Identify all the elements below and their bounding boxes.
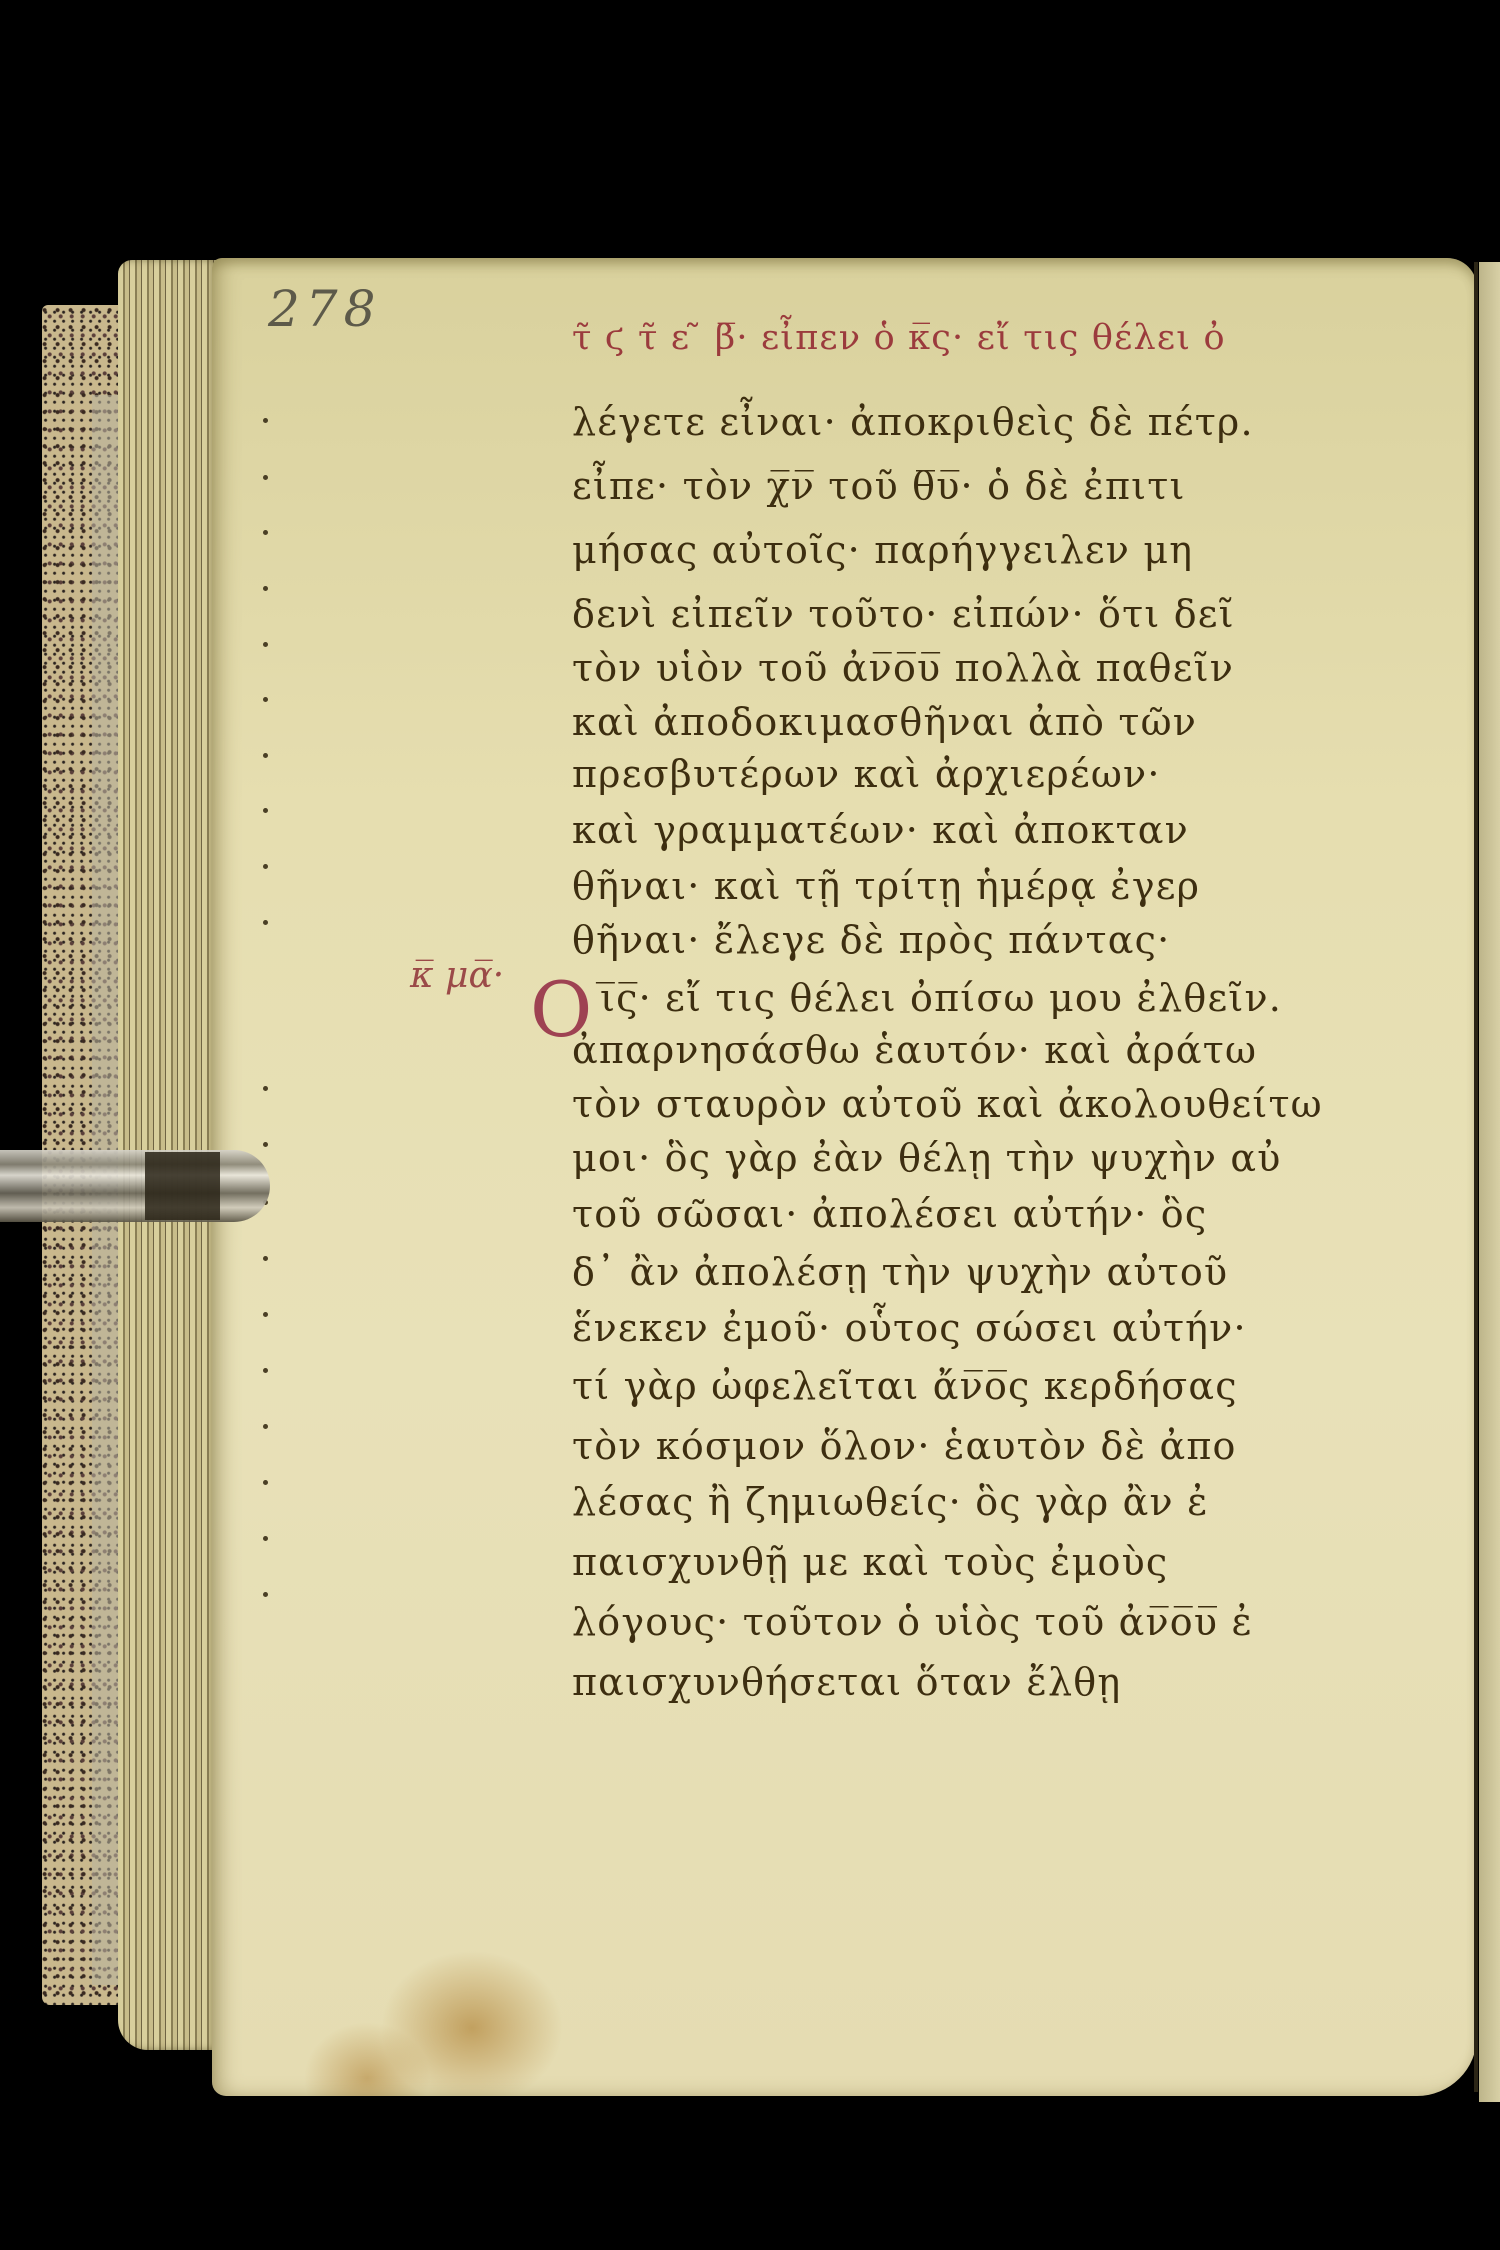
text-line: εἶπε· τὸν χ̅ν̅ τοῦ θ̅υ̅· ὁ δὲ ἐπιτι <box>572 464 1392 508</box>
text-line: ἕνεκεν ἐμοῦ· οὗτος σώσει αὐτήν· <box>572 1306 1392 1350</box>
text-line: καὶ ἀποδοκιμασθῆναι ἀπὸ τῶν <box>572 700 1392 744</box>
text-line: πρεσβυτέρων καὶ ἀρχιερέων· <box>572 752 1392 796</box>
text-line: παισχυνθήσεται ὅταν ἔλθῃ <box>572 1660 1392 1704</box>
gutter-line <box>1474 262 1478 2092</box>
text-line: δενὶ εἰπεῖν τοῦτο· εἰπών· ὅτι δεῖ <box>572 592 1392 636</box>
text-line: θῆναι· καὶ τῇ τρίτῃ ἡμέρᾳ ἐγερ <box>572 864 1392 908</box>
text-line: μήσας αὐτοῖς· παρήγγειλεν μη <box>572 528 1392 572</box>
text-line: ι̅ς̅· εἴ τις θέλει ὀπίσω μου ἐλθεῖν. <box>600 976 1420 1020</box>
text-line: τί γὰρ ὠφελεῖται ἄν̅ο̅ς κερδήσας <box>572 1364 1392 1408</box>
page-weight-clip <box>0 1150 270 1222</box>
text-line: παισχυνθῇ με καὶ τοὺς ἐμοὺς <box>572 1540 1392 1584</box>
red-initial: Ο <box>530 965 592 1054</box>
text-line: θῆναι· ἔλεγε δὲ πρὸς πάντας· <box>572 918 1392 962</box>
header-rubric: τ̃ ϛ τ̃ ε ̃ β̅· εἶπεν ὁ κ̅ς· εἴ τις θέλε… <box>572 318 1392 358</box>
text-line: τὸν κόσμον ὅλον· ἑαυτὸν δὲ ἀπο <box>572 1424 1392 1468</box>
text-line: λέσας ἢ ζημιωθείς· ὃς γὰρ ἂν ἐ <box>572 1480 1392 1524</box>
text-line: τοῦ σῶσαι· ἀπολέσει αὐτήν· ὃς <box>572 1192 1392 1236</box>
text-line: ἀπαρνησάσθω ἑαυτόν· καὶ ἀράτω <box>572 1028 1392 1072</box>
text-line: μοι· ὃς γὰρ ἐὰν θέλῃ τὴν ψυχὴν αὐ <box>572 1136 1392 1180</box>
facing-page-edge <box>1479 262 1500 2102</box>
folio-number: 278 <box>268 280 381 338</box>
margin-annotation: κ̅ μα̅· <box>410 955 504 996</box>
text-line: τὸν υἱὸν τοῦ ἀν̅ο̅υ̅ πολλὰ παθεῖν <box>572 646 1392 690</box>
text-line: λόγους· τοῦτον ὁ υἱὸς τοῦ ἀν̅ο̅υ̅ ἐ <box>572 1600 1392 1644</box>
text-line: καὶ γραμματέων· καὶ ἀποκταν <box>572 808 1392 852</box>
text-line: δ᾽ ἂν ἀπολέσῃ τὴν ψυχὴν αὐτοῦ <box>572 1250 1392 1294</box>
text-line: τὸν σταυρὸν αὐτοῦ καὶ ἀκολουθείτω <box>572 1082 1392 1126</box>
text-line: λέγετε εἶναι· ἀποκριθεὶς δὲ πέτρ. <box>572 400 1392 444</box>
clip-dark-band <box>145 1152 220 1220</box>
